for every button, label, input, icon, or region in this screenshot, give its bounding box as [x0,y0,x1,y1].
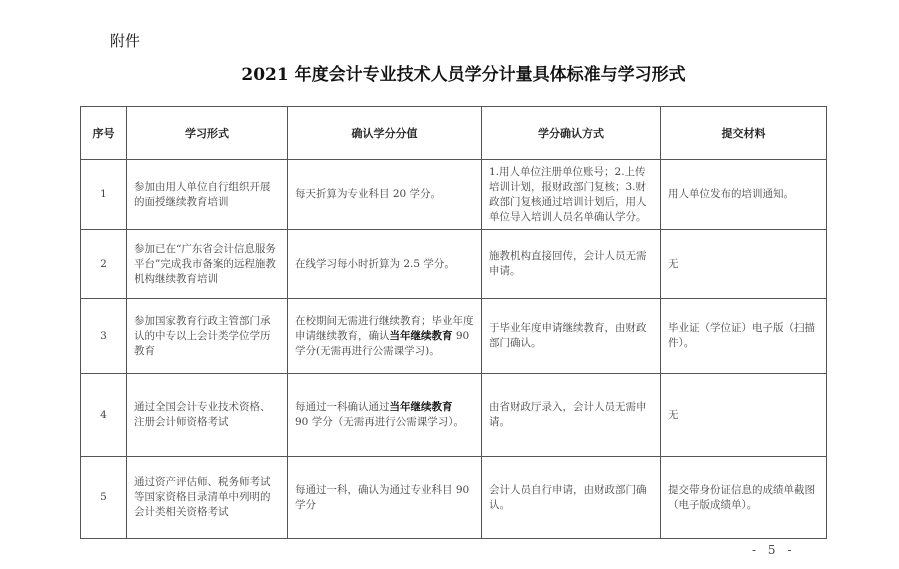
cell-no: 5 [81,457,127,539]
table-row: 2 参加已在“广东省会计信息服务平台”完成我市备案的远程施教机构继续教育培训 在… [81,230,827,299]
credit-highlight: 当年继续教育 [390,330,453,342]
cell-form: 参加已在“广东省会计信息服务平台”完成我市备案的远程施教机构继续教育培训 [127,230,288,299]
cell-method: 由省财政厅录入，会计人员无需申请。 [482,374,661,457]
cell-credit: 每通过一科确认通过当年继续教育90 学分（无需再进行公需课学习）。 [288,374,482,457]
table-row: 5 通过资产评估师、税务师考试等国家资格目录清单中列明的会计类相关资格考试 每通… [81,457,827,539]
cell-credit: 每通过一科，确认为通过专业科目 90 学分 [288,457,482,539]
cell-method: 施教机构直接回传，会计人员无需申请。 [482,230,661,299]
document-title: 2021 年度会计专业技术人员学分计量具体标准与学习形式 [0,60,899,85]
cell-method: 于毕业年度申请继续教育，由财政部门确认。 [482,299,661,374]
table-header-row: 序号 学习形式 确认学分分值 学分确认方式 提交材料 [81,107,827,160]
cell-no: 3 [81,299,127,374]
table-row: 1 参加由用人单位自行组织开展的面授继续教育培训 每天折算为专业科目 20 学分… [81,160,827,230]
credit-highlight: 当年继续教育 [390,401,453,413]
table-row: 3 参加国家教育行政主管部门承认的中专以上会计类学位学历教育 在校期间无需进行继… [81,299,827,374]
credit-text: 每通过一科确认通过 [295,401,390,413]
credit-standards-table: 序号 学习形式 确认学分分值 学分确认方式 提交材料 1 参加由用人单位自行组织… [80,106,827,539]
cell-form: 通过资产评估师、税务师考试等国家资格目录清单中列明的会计类相关资格考试 [127,457,288,539]
header-credit: 确认学分分值 [288,107,482,160]
cell-credit: 在线学习每小时折算为 2.5 学分。 [288,230,482,299]
cell-method: 会计人员自行申请，由财政部门确认。 [482,457,661,539]
cell-form: 通过全国会计专业技术资格、注册会计师资格考试 [127,374,288,457]
cell-method: 1.用人单位注册单位账号；2.上传培训计划，报财政部门复核；3.财政部门复核通过… [482,160,661,230]
page-number: - 5 - [752,543,795,557]
cell-no: 2 [81,230,127,299]
header-form: 学习形式 [127,107,288,160]
attachment-label: 附件 [110,30,140,51]
cell-materials: 提交带身份证信息的成绩单截图（电子版成绩单）。 [661,457,827,539]
header-materials: 提交材料 [661,107,827,160]
cell-materials: 毕业证（学位证）电子版（扫描件）。 [661,299,827,374]
cell-form: 参加由用人单位自行组织开展的面授继续教育培训 [127,160,288,230]
cell-materials: 用人单位发布的培训通知。 [661,160,827,230]
cell-credit: 在校期间无需进行继续教育；毕业年度申请继续教育，确认当年继续教育 90 学分(无… [288,299,482,374]
cell-form: 参加国家教育行政主管部门承认的中专以上会计类学位学历教育 [127,299,288,374]
table-row: 4 通过全国会计专业技术资格、注册会计师资格考试 每通过一科确认通过当年继续教育… [81,374,827,457]
header-no: 序号 [81,107,127,160]
cell-materials: 无 [661,374,827,457]
cell-credit: 每天折算为专业科目 20 学分。 [288,160,482,230]
header-method: 学分确认方式 [482,107,661,160]
credit-text-tail: 90 学分（无需再进行公需课学习）。 [295,416,464,428]
cell-no: 1 [81,160,127,230]
cell-materials: 无 [661,230,827,299]
cell-no: 4 [81,374,127,457]
